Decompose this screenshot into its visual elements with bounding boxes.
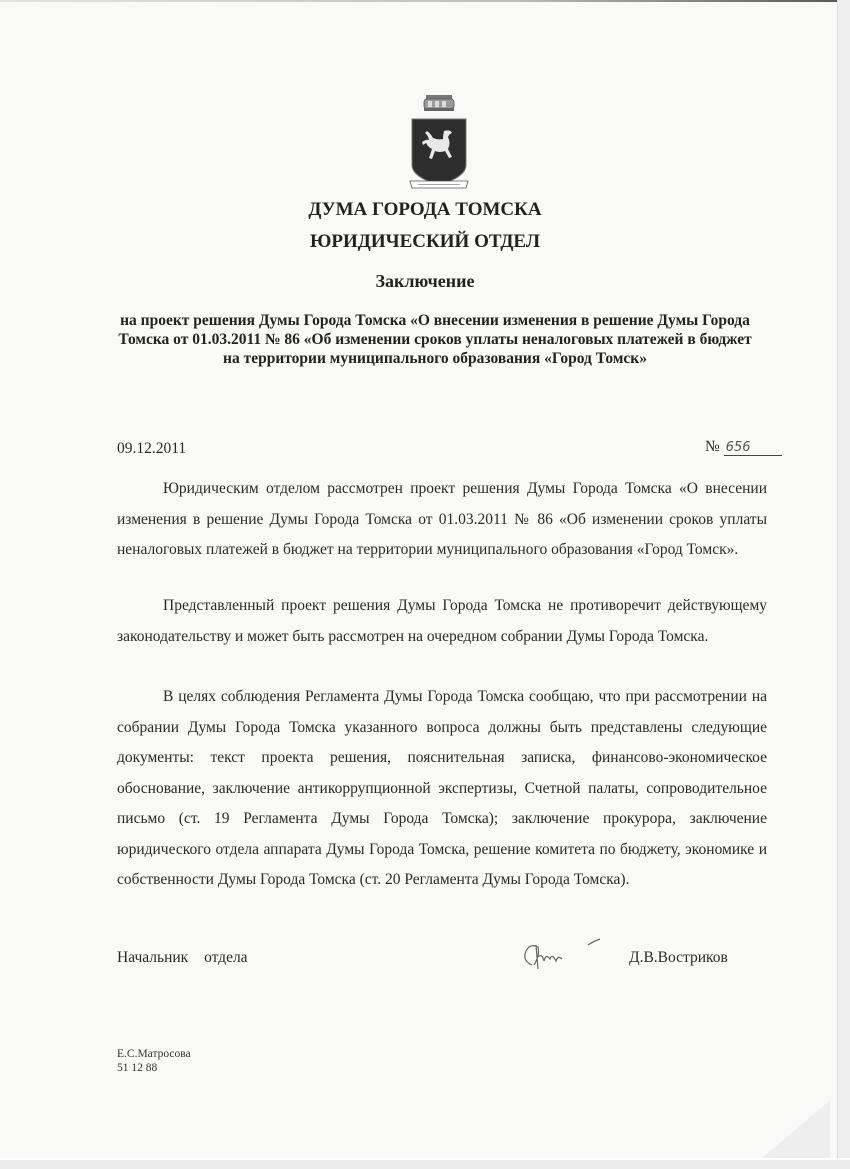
signatory-title: Начальник отдела — [117, 949, 248, 967]
handwritten-signature-icon — [518, 935, 608, 975]
executor-info: Е.С.Матросова 51 12 88 — [117, 1047, 191, 1075]
executor-phone: 51 12 88 — [117, 1061, 191, 1075]
signatory-name: Д.В.Востриков — [629, 949, 728, 967]
scan-bottom-edge — [0, 1158, 850, 1169]
document-page: ДУМА ГОРОДА ТОМСКА ЮРИДИЧЕСКИЙ ОТДЕЛ Зак… — [0, 0, 838, 1160]
executor-name: Е.С.Матросова — [117, 1047, 191, 1061]
body-paragraph-1: Юридическим отделом рассмотрен проект ре… — [117, 474, 767, 566]
document-date: 09.12.2011 — [117, 440, 186, 458]
department-name: ЮРИДИЧЕСКИЙ ОТДЕЛ — [0, 231, 850, 253]
scan-corner-fold — [760, 1100, 830, 1160]
number-label: № — [705, 438, 720, 455]
document-number: № 656 — [705, 438, 782, 456]
document-subject: на проект решения Думы Города Томска «О … — [110, 311, 760, 368]
scan-top-edge — [0, 0, 850, 2]
document-type: Заключение — [0, 271, 850, 292]
organization-name: ДУМА ГОРОДА ТОМСКА — [0, 199, 850, 221]
number-value: 656 — [724, 440, 782, 456]
body-paragraph-3: В целях соблюдения Регламента Думы Город… — [117, 682, 767, 896]
body-paragraph-2: Представленный проект решения Думы Город… — [117, 591, 767, 652]
scan-right-edge — [837, 0, 850, 1169]
tomsk-coat-of-arms-icon — [408, 93, 470, 193]
